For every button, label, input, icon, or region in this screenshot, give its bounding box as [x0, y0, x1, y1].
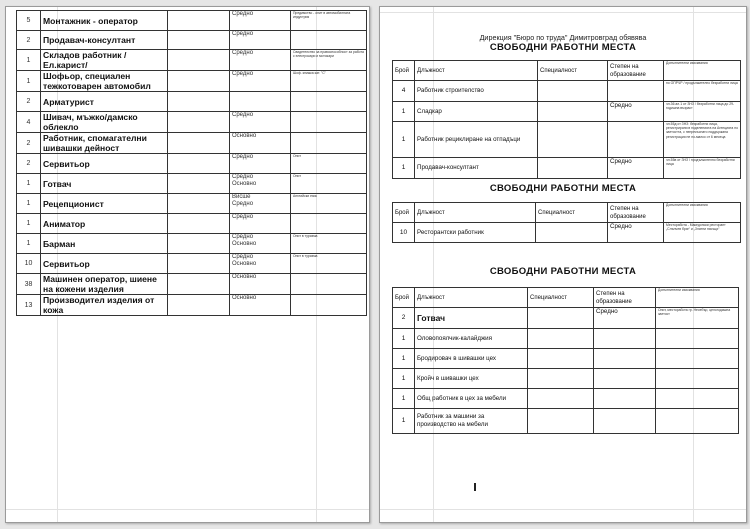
table-row: 1Кройч в шивашки цех [393, 369, 739, 389]
specialty [528, 349, 594, 369]
education-level [594, 369, 656, 389]
additional-requirements: Шоф. книжка кат. "С" [291, 71, 367, 92]
education-level: Средно [594, 308, 656, 329]
position-name: Сервитьор [41, 254, 168, 274]
position-name: Монтажник - оператор [41, 11, 168, 31]
table-row: 1Складов работник /Ел.карист/СредноСвиде… [17, 50, 367, 71]
position-name: Шивач, мъжко/дамско облекло [41, 112, 168, 133]
vacancy-count: 1 [393, 409, 415, 434]
table-row: 2Работник, спомагателни шивашки дейностО… [17, 133, 367, 154]
additional-requirements: Свидетелство за правоспособност за работ… [291, 50, 367, 71]
additional-requirements: Опит [291, 154, 367, 174]
vacancy-count: 10 [17, 254, 41, 274]
specialty [528, 329, 594, 349]
education-level [594, 409, 656, 434]
specialty [168, 31, 230, 50]
specialty [538, 122, 608, 158]
table-row: 2Продавач-консултантСредно [17, 31, 367, 50]
vacancy-count: 1 [17, 174, 41, 194]
vacancy-count: 1 [17, 194, 41, 214]
education-level: СредноОсновно [230, 174, 291, 194]
additional-requirements: по ОПРЧР / продължително безработни лица [664, 81, 741, 102]
position-name: Сладкар [415, 102, 538, 122]
table-header-row: БройДлъжностСпециалностСтепен на образов… [393, 288, 739, 308]
specialty [168, 194, 230, 214]
column-header-specialty: Специалност [538, 61, 608, 81]
vacancy-count: 1 [393, 389, 415, 409]
specialty [168, 295, 230, 316]
table-row: 1БарманСредноОсновноОпит в туризма [17, 234, 367, 254]
additional-requirements: Предимство - опит в автомобилната индуст… [291, 11, 367, 31]
vacancy-count: 2 [17, 92, 41, 112]
specialty [168, 234, 230, 254]
table-row: 10СервитьорСредноОсновноОпит в туризма [17, 254, 367, 274]
column-header-count: Брой [393, 288, 415, 308]
additional-requirements [291, 274, 367, 295]
education-level: Средно [608, 102, 664, 122]
table-header-row: БройДлъжностСпециалностСтепен на образов… [393, 61, 741, 81]
table-row: 1Продавач-консултантСредночл.55в от ЗНЗ … [393, 158, 741, 179]
vacancy-count: 38 [17, 274, 41, 295]
position-name: Барман [41, 234, 168, 254]
education-level: Средно [608, 223, 664, 243]
additional-requirements: Английски език [291, 194, 367, 214]
additional-requirements [656, 349, 739, 369]
education-level: ВисшеСредно [230, 194, 291, 214]
section-title-2: СВОБОДНИ РАБОТНИ МЕСТА [380, 183, 746, 194]
specialty [168, 154, 230, 174]
specialty [168, 214, 230, 234]
column-header-position: Длъжност [415, 203, 536, 223]
additional-requirements [656, 369, 739, 389]
vacancy-count: 1 [17, 234, 41, 254]
column-header-education: Степен на образование [608, 203, 664, 223]
position-name: Рецепционист [41, 194, 168, 214]
additional-requirements: Месторабота - Македонски ресторант „Слън… [664, 223, 741, 243]
vacancy-count: 10 [393, 223, 415, 243]
position-name: Продавач-консултант [41, 31, 168, 50]
position-name: Складов работник /Ел.карист/ [41, 50, 168, 71]
table-row: 5Монтажник - операторСредноПредимство - … [17, 11, 367, 31]
additional-requirements: чл.55д от ЗНЗ: безработни лица, регистри… [664, 122, 741, 158]
education-level: Средно [230, 71, 291, 92]
education-level [594, 329, 656, 349]
additional-requirements [656, 329, 739, 349]
specialty [168, 174, 230, 194]
vacancy-count: 1 [393, 122, 415, 158]
education-level: Средно [230, 50, 291, 71]
specialty [538, 158, 608, 179]
specialty [168, 92, 230, 112]
column-header-requirements: Допълнителни изисквания [656, 288, 739, 308]
document-page-1: 5Монтажник - операторСредноПредимство - … [5, 6, 370, 523]
education-level: СредноОсновно [230, 254, 291, 274]
additional-requirements: чл.55в от ЗНЗ / продължително безработни… [664, 158, 741, 179]
additional-requirements [291, 112, 367, 133]
position-name: Готвач [415, 308, 528, 329]
position-name: Оловопоялчик-калайджия [415, 329, 528, 349]
specialty [168, 11, 230, 31]
specialty [168, 112, 230, 133]
margin-guide-bottom [380, 509, 746, 510]
document-page-2: Дирекция "Бюро по труда" Димитровград об… [379, 6, 747, 523]
position-name: Сервитьор [41, 154, 168, 174]
table-header-row: БройДлъжностСпециалностСтепен на образов… [393, 203, 741, 223]
table-row: 1Работник рециклиране на отпадъцичл.55д … [393, 122, 741, 158]
education-level [594, 349, 656, 369]
table-row: 4Шивач, мъжко/дамско облеклоСредно [17, 112, 367, 133]
specialty [528, 308, 594, 329]
specialty [168, 254, 230, 274]
column-header-requirements: Допълнителни изисквания [664, 61, 741, 81]
position-name: Работник строителство [415, 81, 538, 102]
vacancies-table-1: БройДлъжностСпециалностСтепен на образов… [392, 60, 741, 179]
vacancy-count: 1 [393, 349, 415, 369]
table-row: 10Ресторантски работникСредноМесторабота… [393, 223, 741, 243]
margin-guide-bottom [6, 509, 369, 510]
specialty [536, 223, 608, 243]
additional-requirements [291, 295, 367, 316]
education-level: Средно [230, 31, 291, 50]
additional-requirements [291, 92, 367, 112]
specialty [528, 409, 594, 434]
education-level: СредноОсновно [230, 234, 291, 254]
specialty [168, 133, 230, 154]
additional-requirements: Опит в туризма [291, 254, 367, 274]
education-level: Средно [230, 214, 291, 234]
table-row: 2СервитьорСредноОпит [17, 154, 367, 174]
education-level: Основно [230, 295, 291, 316]
section-title-1: СВОБОДНИ РАБОТНИ МЕСТА [380, 42, 746, 53]
vacancy-count: 1 [17, 71, 41, 92]
position-name: Арматурист [41, 92, 168, 112]
table-row: 4Работник строителствопо ОПРЧР / продълж… [393, 81, 741, 102]
specialty [168, 274, 230, 295]
position-name: Производител изделия от кожа [41, 295, 168, 316]
table-row: 1Шофьор, специален тежкотоварен автомоби… [17, 71, 367, 92]
specialty [528, 389, 594, 409]
column-header-specialty: Специалност [536, 203, 608, 223]
vacancy-count: 5 [17, 11, 41, 31]
position-name: Шофьор, специален тежкотоварен автомобил [41, 71, 168, 92]
vacancy-count: 2 [17, 133, 41, 154]
column-header-position: Длъжност [415, 61, 538, 81]
position-name: Ресторантски работник [415, 223, 536, 243]
vacancy-count: 1 [17, 214, 41, 234]
specialty [168, 50, 230, 71]
position-name: Работник рециклиране на отпадъци [415, 122, 538, 158]
additional-requirements: Опит, месторабота гр. Несебър, целогодиш… [656, 308, 739, 329]
table-row: 2ГотвачСредноОпит, месторабота гр. Несеб… [393, 308, 739, 329]
vacancy-count: 2 [17, 31, 41, 50]
table-row: 1РецепционистВисшеСредноАнглийски език [17, 194, 367, 214]
vacancies-table-3: БройДлъжностСпециалностСтепен на образов… [392, 287, 739, 434]
text-cursor[interactable] [474, 483, 476, 491]
vacancy-count: 2 [17, 154, 41, 174]
vacancies-table-2: БройДлъжностСпециалностСтепен на образов… [392, 202, 741, 243]
position-name: Готвач [41, 174, 168, 194]
specialty [528, 369, 594, 389]
vacancy-count: 1 [17, 50, 41, 71]
position-name: Общ работник в цех за мебели [415, 389, 528, 409]
table-row: 1АниматорСредно [17, 214, 367, 234]
column-header-position: Длъжност [415, 288, 528, 308]
vacancy-count: 1 [393, 158, 415, 179]
column-header-specialty: Специалност [528, 288, 594, 308]
position-name: Аниматор [41, 214, 168, 234]
education-level: Средно [608, 158, 664, 179]
education-level: Средно [230, 112, 291, 133]
position-name: Кройч в шивашки цех [415, 369, 528, 389]
education-level: Средно [230, 11, 291, 31]
additional-requirements: чл.36 ал.1 от ЗНЗ / безработни лица до 2… [664, 102, 741, 122]
additional-requirements: Опит в туризма [291, 234, 367, 254]
education-level: Основно [230, 274, 291, 295]
column-header-count: Брой [393, 203, 415, 223]
vacancy-count: 1 [393, 102, 415, 122]
table-row: 1Общ работник в цех за мебели [393, 389, 739, 409]
education-level [230, 92, 291, 112]
vacancies-table-continued: 5Монтажник - операторСредноПредимство - … [16, 10, 367, 316]
announcement-intro: Дирекция "Бюро по труда" Димитровград об… [380, 33, 746, 42]
column-header-education: Степен на образование [608, 61, 664, 81]
education-level [608, 122, 664, 158]
additional-requirements [656, 389, 739, 409]
table-row: 1Оловопоялчик-калайджия [393, 329, 739, 349]
education-level: Основно [230, 133, 291, 154]
vacancy-count: 13 [17, 295, 41, 316]
table-row: 38Машинен оператор, шиене на кожени изде… [17, 274, 367, 295]
education-level: Средно [230, 154, 291, 174]
specialty [538, 102, 608, 122]
table-row: 1Бродировач в шивашки цех [393, 349, 739, 369]
specialty [168, 71, 230, 92]
education-level [608, 81, 664, 102]
column-header-count: Брой [393, 61, 415, 81]
section-title-3: СВОБОДНИ РАБОТНИ МЕСТА [380, 266, 746, 277]
column-header-education: Степен на образование [594, 288, 656, 308]
vacancy-count: 1 [393, 329, 415, 349]
additional-requirements [291, 214, 367, 234]
position-name: Работник за машини за производство на ме… [415, 409, 528, 434]
additional-requirements [656, 409, 739, 434]
table-row: 1ГотвачСредноОсновноОпит [17, 174, 367, 194]
position-name: Работник, спомагателни шивашки дейност [41, 133, 168, 154]
column-header-requirements: Допълнителни изисквания [664, 203, 741, 223]
vacancy-count: 1 [393, 369, 415, 389]
specialty [538, 81, 608, 102]
table-row: 2Арматурист [17, 92, 367, 112]
additional-requirements [291, 133, 367, 154]
table-row: 1Работник за машини за производство на м… [393, 409, 739, 434]
margin-guide-top [380, 12, 746, 13]
additional-requirements [291, 31, 367, 50]
vacancy-count: 2 [393, 308, 415, 329]
additional-requirements: Опит [291, 174, 367, 194]
table-row: 1СладкарСредночл.36 ал.1 от ЗНЗ / безраб… [393, 102, 741, 122]
education-level [594, 389, 656, 409]
position-name: Машинен оператор, шиене на кожени издели… [41, 274, 168, 295]
vacancy-count: 4 [393, 81, 415, 102]
vacancy-count: 4 [17, 112, 41, 133]
table-row: 13Производител изделия от кожаОсновно [17, 295, 367, 316]
position-name: Продавач-консултант [415, 158, 538, 179]
position-name: Бродировач в шивашки цех [415, 349, 528, 369]
